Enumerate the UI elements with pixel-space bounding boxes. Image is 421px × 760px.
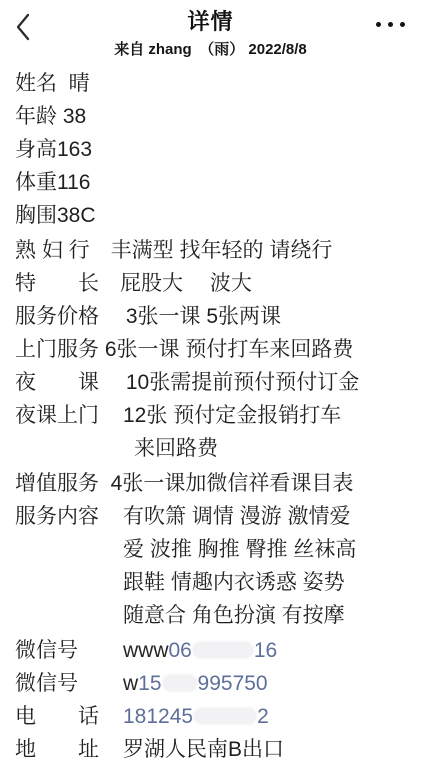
censor-blur	[194, 708, 256, 724]
phone-label: 电 话	[15, 700, 123, 733]
address-label: 地 址	[15, 733, 123, 760]
services-label: 服务内容	[15, 500, 123, 632]
more-button[interactable]	[376, 16, 405, 32]
night-visit-value-line2: 来回路费	[123, 432, 413, 465]
info-line-price: 服务价格 3张一课 5张两课	[15, 300, 413, 333]
info-line-night: 夜 课 10张需提前预付预付订金	[15, 366, 413, 399]
services-line: 爱 波推 胸推 臀推 丝袜高	[123, 533, 413, 566]
services-line: 跟鞋 情趣内衣诱惑 姿势	[123, 566, 413, 599]
info-line-name: 姓名 晴	[15, 67, 413, 100]
wechat2-label: 微信号	[15, 667, 123, 700]
info-line-specialty: 特 长 屁股大 波大	[15, 267, 413, 300]
phone-value[interactable]: 1812452	[123, 700, 413, 733]
info-line-bust: 胸围38C	[15, 199, 413, 232]
wechat-row-2: 微信号 w15995750	[15, 667, 413, 700]
page-subtitle: 来自 zhang （雨） 2022/8/8	[0, 38, 421, 59]
ellipsis-icon	[376, 22, 381, 27]
info-line-visit: 上门服务 6张一课 预付打车来回路费	[15, 333, 413, 366]
wechat-row-1: 微信号 www0616	[15, 634, 413, 667]
info-line-addon: 增值服务 4张一课加微信祥看课目表	[15, 467, 413, 500]
wechat1-label: 微信号	[15, 634, 123, 667]
page-title: 详情	[0, 0, 421, 36]
wechat1-value[interactable]: www0616	[123, 634, 413, 667]
back-button[interactable]	[9, 11, 37, 43]
info-line-type: 熟 妇 行 丰满型 找年轻的 请绕行	[15, 234, 413, 267]
navbar: 详情 来自 zhang （雨） 2022/8/8	[0, 0, 421, 58]
night-visit-label: 夜课上门	[15, 399, 123, 465]
services-line: 随意合 角色扮演 有按摩	[123, 599, 413, 632]
info-line-age: 年龄 38	[15, 100, 413, 133]
night-visit-row: 夜课上门 12张 预付定金报销打车 来回路费	[15, 399, 413, 465]
address-value: 罗湖人民南B出口	[123, 733, 413, 760]
info-line-weight: 体重116	[15, 166, 413, 199]
chevron-left-icon	[15, 12, 31, 42]
info-line-height: 身高163	[15, 133, 413, 166]
censor-blur	[163, 675, 197, 691]
phone-row: 电 话 1812452	[15, 700, 413, 733]
wechat2-value[interactable]: w15995750	[123, 667, 413, 700]
address-row: 地 址 罗湖人民南B出口	[15, 733, 413, 760]
services-line: 有吹箫 调情 漫游 激情爱	[123, 500, 413, 533]
night-visit-value-line1: 12张 预付定金报销打车	[123, 399, 413, 432]
services-row: 服务内容 有吹箫 调情 漫游 激情爱 爱 波推 胸推 臀推 丝袜高 跟鞋 情趣内…	[15, 500, 413, 632]
detail-content: 姓名 晴 年龄 38 身高163 体重116 胸围38C 熟 妇 行 丰满型 找…	[0, 58, 421, 760]
censor-blur	[193, 642, 253, 658]
